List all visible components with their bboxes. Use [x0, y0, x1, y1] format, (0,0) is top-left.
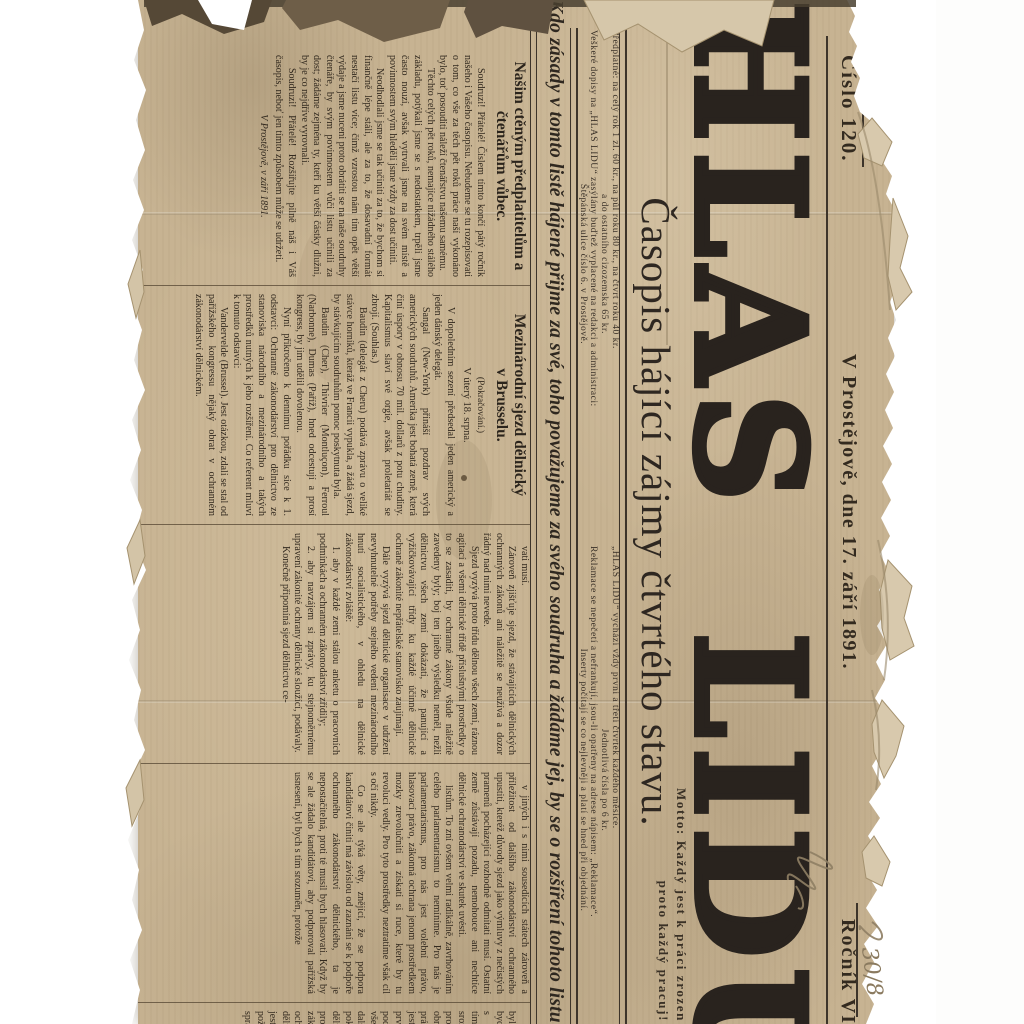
- dateline: V Prostějově, dne 17. září 1891.: [837, 0, 860, 1024]
- article-paragraph: vati musí.: [517, 533, 530, 755]
- article-heading: Našim ctěným předplatitelům a čtenářům v…: [492, 55, 528, 277]
- subscription-info: Předplatné: na celý rok 1 zl. 60 kr., na…: [578, 30, 620, 498]
- volume-label: Ročník VI.: [836, 919, 859, 1024]
- news-column-4: v jiných i s nimi sousedících státech zá…: [138, 763, 530, 994]
- editorial-address: Štěpánská ulice číslo 6. v Prostějově.: [577, 30, 588, 498]
- article-paragraph: Konečně připomíná sjezd dělnictvu ce-: [278, 533, 291, 755]
- article-subhead: (Pokračování.): [473, 294, 486, 516]
- article-paragraph: Sangal (New-York) přináší pozdrav svých …: [368, 294, 431, 516]
- double-rule: [530, 28, 537, 1024]
- motto-line: proto každý pracuj!: [654, 788, 672, 1022]
- article-paragraph: Nyní přikročeno k dennímu pořádku sice k…: [229, 294, 292, 516]
- article-paragraph: Soudruzi! Přátelé! Rozšiřujte pilně náš …: [272, 55, 297, 277]
- newspaper-photo: Číslo 120. V Prostějově, dne 17. září 18…: [0, 0, 1024, 1024]
- slogan-line: Kdo zásady v tomto listě hájené přijme z…: [538, 0, 572, 1024]
- subscription-prices-foreign: a do ostatního cizozemska 65 kr.: [598, 30, 609, 498]
- masthead-title: HLAS LIDU: [674, 0, 824, 1024]
- article-columns: Našim ctěným předplatitelům a čtenářům v…: [138, 0, 530, 1024]
- single-copy-price: Jednotlivá čísla po 6 kr.: [598, 546, 609, 1014]
- article-paragraph: Sjezd vyzývá proto třídu dělnou všech ze…: [391, 533, 479, 755]
- imprint-row: Předplatné: na celý rok 1 zl. 60 kr., na…: [578, 30, 620, 1014]
- article-paragraph: Vandervelde (Brussel). Jest otázkou, zda…: [191, 294, 229, 516]
- article-paragraph: listům. To zní ovšem velmi radikálně, za…: [366, 772, 454, 994]
- rule-above-issue: [862, 45, 864, 167]
- newspaper-page: Číslo 120. V Prostějově, dne 17. září 18…: [138, 0, 894, 1024]
- news-column-3: vati musí. Zároveň zjišťuje sjezd, že st…: [138, 524, 530, 755]
- article-dateline-signature: V Prostějově, v září 1891.: [256, 55, 269, 277]
- rotated-stage: Číslo 120. V Prostějově, dne 17. září 18…: [0, 0, 1024, 1024]
- article-paragraph: Co se ale týká věty, znějící, že se podp…: [291, 772, 367, 994]
- article-subhead: V úterý 18. srpna.: [460, 294, 473, 516]
- complaints-note: Reklamace se nepečetí a nefrankují, jsou…: [588, 546, 599, 1014]
- motto-line: Motto: Každý jest k práci zrozen: [672, 788, 690, 1022]
- article-paragraph: Zároveň zjišťuje sjezd, že stávajících d…: [480, 533, 518, 755]
- news-column-2: Mezinárodní sjezd dělnický v Brusselu. (…: [138, 285, 530, 516]
- article-paragraph: Těchto celých pět roků, nemajíce nižádné…: [385, 55, 435, 277]
- correspondence-note: Veškeré dopisy na „HLAS LIDU“ zasýlány b…: [588, 30, 599, 498]
- article-paragraph: V dopoledním sezení předsedal jeden amer…: [431, 294, 456, 516]
- torn-bottom-edge: [0, 0, 146, 1024]
- article-paragraph: Soudruzi! Přátelé! Číslem tímto končí pá…: [436, 55, 486, 277]
- news-column-5-clipped: sení, byl bych s tím srozuměn, protože o…: [138, 1002, 530, 1024]
- adverts-note: Inserty počítají se co nejlevněji a plat…: [577, 546, 588, 1014]
- article-heading: Mezinárodní sjezd dělnický v Brusselu.: [492, 294, 528, 516]
- publication-info: „HLAS LIDU“ vychází vždy první a třetí č…: [578, 546, 620, 1014]
- article-paragraph: Baudin (delegát z Cheru) podává zprávu o…: [330, 294, 368, 516]
- article-paragraph: 2. aby navzájem si zprávy, ku stejnoměrn…: [291, 533, 316, 755]
- article-paragraph: Dále vyzývá sjezd dělnické organisace v …: [341, 533, 391, 755]
- motto: Motto: Každý jest k práci zrozen proto k…: [654, 788, 690, 1022]
- double-rule: [619, 28, 627, 1024]
- news-column-1: Našim ctěným předplatitelům a čtenářům v…: [138, 55, 530, 277]
- article-paragraph: 1. aby v každé zemi stálou anketu o prac…: [316, 533, 341, 755]
- article-paragraph: sení, byl bych s tím srozuměn, protože o…: [240, 1011, 530, 1024]
- article-paragraph: Neodhodlali jsme se tak učiniti za to, ž…: [297, 55, 385, 277]
- publication-schedule: „HLAS LIDU“ vychází vždy první a třetí č…: [609, 546, 620, 1014]
- article-paragraph: Baudin (Cher), Thivrier (Montluçon), Fer…: [292, 294, 330, 516]
- subscription-prices: Předplatné: na celý rok 1 zl. 60 kr., na…: [609, 30, 620, 498]
- article-paragraph: v jiných i s nimi sousedících státech zá…: [454, 772, 530, 994]
